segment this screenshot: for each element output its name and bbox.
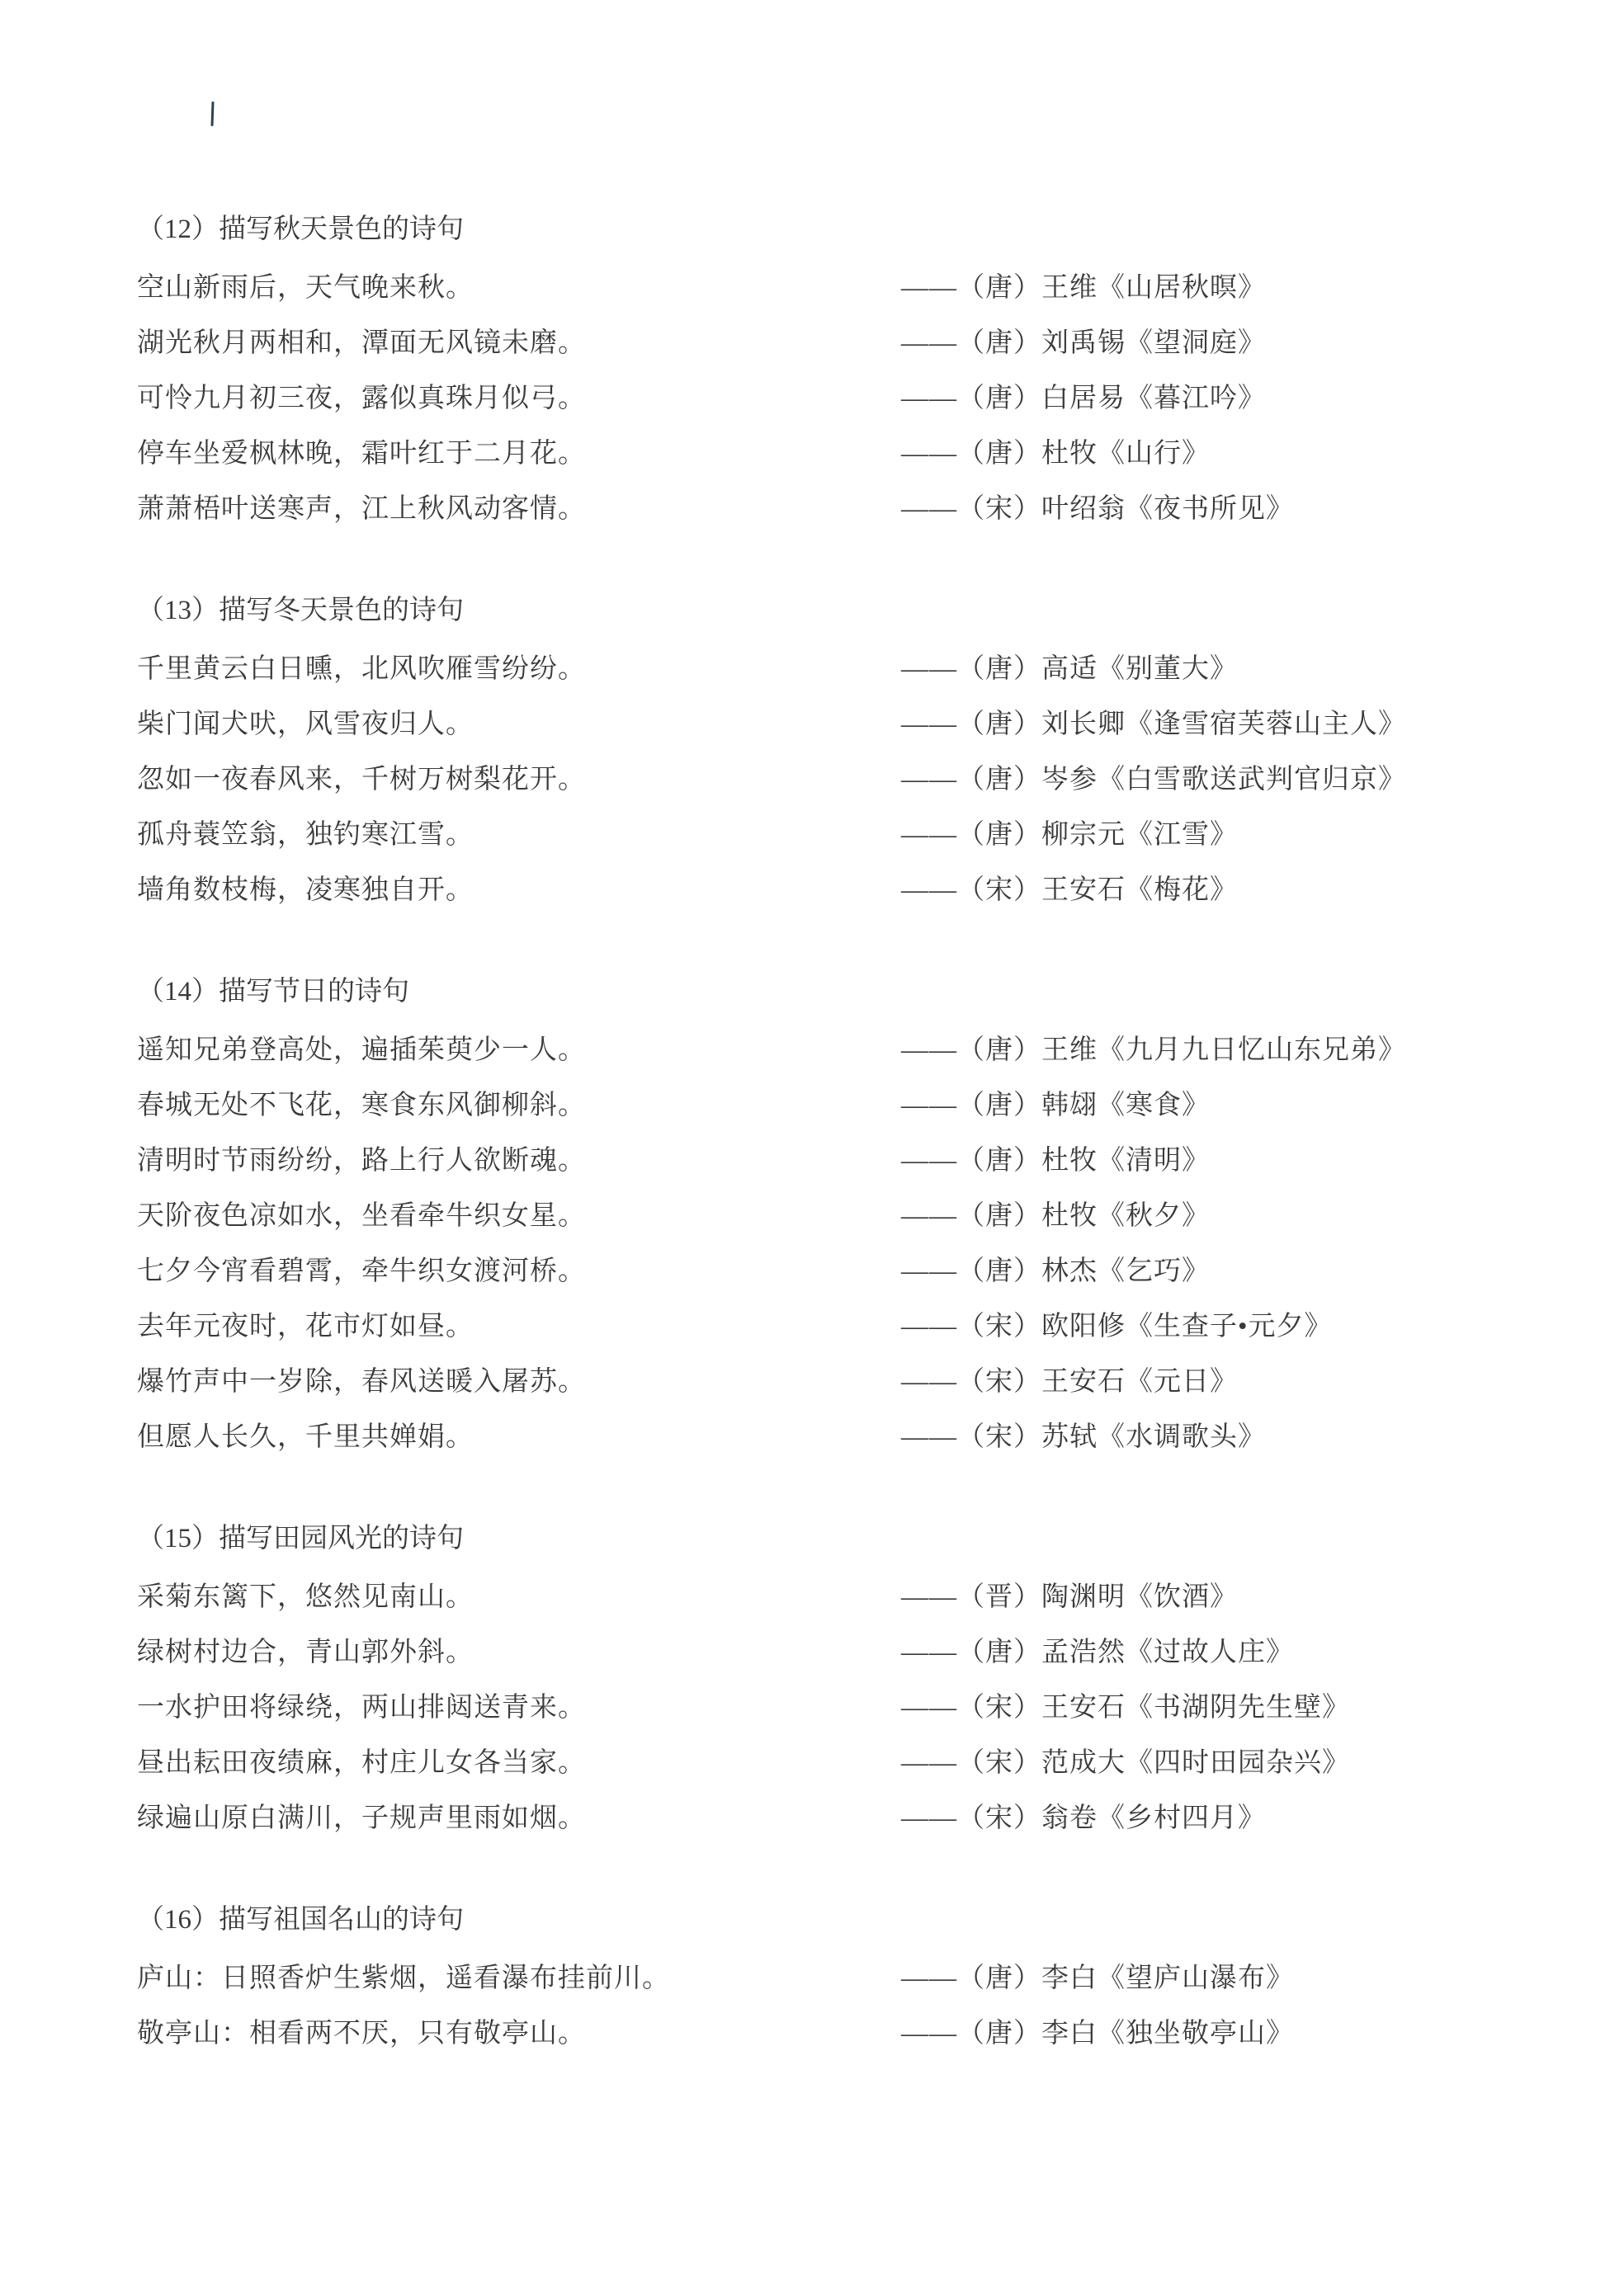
poem-row: 爆竹声中一岁除，春风送暖入屠苏。 ——（宋）王安石《元日》 — [137, 1351, 1574, 1407]
poem-row: 清明时节雨纷纷，路上行人欲断魂。 ——（唐）杜牧《清明》 — [137, 1130, 1574, 1186]
poem-source: ——（宋）范成大《四时田园杂兴》 — [901, 1741, 1574, 1780]
poem-text: 柴门闻犬吠，风雪夜归人。 — [137, 702, 901, 741]
poem-row: 采菊东篱下，悠然见南山。 ——（晋）陶渊明《饮酒》 — [137, 1567, 1574, 1622]
poem-row: 孤舟蓑笠翁，独钓寒江雪。 ——（唐）柳宗元《江雪》 — [137, 804, 1574, 860]
poem-text: 空山新雨后，天气晚来秋。 — [137, 266, 901, 304]
poem-text: 绿遍山原白满川，子规声里雨如烟。 — [137, 1796, 901, 1835]
poem-row: 可怜九月初三夜，露似真珠月似弓。 ——（唐）白居易《暮江吟》 — [137, 368, 1574, 423]
poem-text: 去年元夜时，花市灯如昼。 — [137, 1304, 901, 1343]
poem-row: 但愿人长久，千里共婵娟。 ——（宋）苏轼《水调歌头》 — [137, 1407, 1574, 1462]
poem-row: 湖光秋月两相和，潭面无风镜未磨。 ——（唐）刘禹锡《望洞庭》 — [137, 313, 1574, 368]
poem-source: ——（唐）王维《山居秋暝》 — [901, 266, 1574, 304]
poem-text: 停车坐爱枫林晚，霜叶红于二月花。 — [137, 431, 901, 470]
poetry-list: （12）描写秋天景色的诗句 空山新雨后，天气晚来秋。 ——（唐）王维《山居秋暝》… — [137, 202, 1574, 2058]
poem-row: 空山新雨后，天气晚来秋。 ——（唐）王维《山居秋暝》 — [137, 257, 1574, 313]
poem-text: 千里黄云白日曛，北风吹雁雪纷纷。 — [137, 647, 901, 686]
poem-row: 春城无处不飞花，寒食东风御柳斜。 ——（唐）韩翃《寒食》 — [137, 1075, 1574, 1130]
poem-source: ——（唐）柳宗元《江雪》 — [901, 813, 1574, 851]
poem-row: 庐山：日照香炉生紫烟，遥看瀑布挂前川。 ——（唐）李白《望庐山瀑布》 — [137, 1948, 1574, 2003]
poem-row: 一水护田将绿绕，两山排闼送青来。 ——（宋）王安石《书湖阴先生壁》 — [137, 1677, 1574, 1733]
poem-text: 绿树村边合，青山郭外斜。 — [137, 1630, 901, 1669]
poem-source: ——（宋）王安石《梅花》 — [901, 868, 1574, 907]
section-winter-scenery: （13）描写冬天景色的诗句 千里黄云白日曛，北风吹雁雪纷纷。 ——（唐）高适《别… — [137, 583, 1574, 915]
poem-text: 萧萧梧叶送寒声，江上秋风动客情。 — [137, 487, 901, 526]
poem-source: ——（唐）韩翃《寒食》 — [901, 1083, 1574, 1122]
poem-row: 停车坐爱枫林晚，霜叶红于二月花。 ——（唐）杜牧《山行》 — [137, 423, 1574, 479]
poem-text: 但愿人长久，千里共婵娟。 — [137, 1415, 901, 1454]
poem-text: 庐山：日照香炉生紫烟，遥看瀑布挂前川。 — [137, 1956, 901, 1995]
poem-row: 遥知兄弟登高处，遍插茱萸少一人。 ——（唐）王维《九月九日忆山东兄弟》 — [137, 1020, 1574, 1075]
section-heading: （15）描写田园风光的诗句 — [137, 1511, 1574, 1567]
poem-source: ——（宋）叶绍翁《夜书所见》 — [901, 487, 1574, 526]
poem-text: 湖光秋月两相和，潭面无风镜未磨。 — [137, 321, 901, 360]
poem-source: ——（宋）翁卷《乡村四月》 — [901, 1796, 1574, 1835]
poem-text: 一水护田将绿绕，两山排闼送青来。 — [137, 1685, 901, 1724]
poem-source: ——（唐）杜牧《山行》 — [901, 431, 1574, 470]
poem-text: 天阶夜色凉如水，坐看牵牛织女星。 — [137, 1194, 901, 1233]
section-heading: （16）描写祖国名山的诗句 — [137, 1893, 1574, 1948]
poem-source: ——（宋）王安石《元日》 — [901, 1360, 1574, 1398]
poem-text: 清明时节雨纷纷，路上行人欲断魂。 — [137, 1139, 901, 1177]
poem-text: 忽如一夜春风来，千树万树梨花开。 — [137, 757, 901, 796]
section-heading: （14）描写节日的诗句 — [137, 964, 1574, 1020]
poem-text: 孤舟蓑笠翁，独钓寒江雪。 — [137, 813, 901, 851]
poem-row: 柴门闻犬吠，风雪夜归人。 ——（唐）刘长卿《逢雪宿芙蓉山主人》 — [137, 694, 1574, 749]
poem-source: ——（晋）陶渊明《饮酒》 — [901, 1575, 1574, 1614]
poem-row: 绿树村边合，青山郭外斜。 ——（唐）孟浩然《过故人庄》 — [137, 1622, 1574, 1677]
poem-source: ——（唐）孟浩然《过故人庄》 — [901, 1630, 1574, 1669]
section-famous-mountains: （16）描写祖国名山的诗句 庐山：日照香炉生紫烟，遥看瀑布挂前川。 ——（唐）李… — [137, 1893, 1574, 2058]
poem-source: ——（唐）杜牧《秋夕》 — [901, 1194, 1574, 1233]
poem-source: ——（唐）白居易《暮江吟》 — [901, 376, 1574, 415]
poem-source: ——（唐）林杰《乞巧》 — [901, 1249, 1574, 1288]
poem-row: 天阶夜色凉如水，坐看牵牛织女星。 ——（唐）杜牧《秋夕》 — [137, 1186, 1574, 1241]
poem-row: 墙角数枝梅，凌寒独自开。 ——（宋）王安石《梅花》 — [137, 860, 1574, 915]
poem-row: 敬亭山：相看两不厌，只有敬亭山。 ——（唐）李白《独坐敬亭山》 — [137, 2003, 1574, 2058]
poem-source: ——（唐）李白《独坐敬亭山》 — [901, 2011, 1574, 2050]
poem-row: 绿遍山原白满川，子规声里雨如烟。 ——（宋）翁卷《乡村四月》 — [137, 1788, 1574, 1843]
poem-source: ——（唐）刘长卿《逢雪宿芙蓉山主人》 — [901, 702, 1574, 741]
poem-source: ——（唐）高适《别董大》 — [901, 647, 1574, 686]
poem-text: 墙角数枝梅，凌寒独自开。 — [137, 868, 901, 907]
poem-row: 千里黄云白日曛，北风吹雁雪纷纷。 ——（唐）高适《别董大》 — [137, 639, 1574, 694]
section-heading: （13）描写冬天景色的诗句 — [137, 583, 1574, 639]
poem-text: 敬亭山：相看两不厌，只有敬亭山。 — [137, 2011, 901, 2050]
poem-source: ——（宋）王安石《书湖阴先生壁》 — [901, 1685, 1574, 1724]
poem-text: 可怜九月初三夜，露似真珠月似弓。 — [137, 376, 901, 415]
poem-row: 七夕今宵看碧霄，牵牛织女渡河桥。 ——（唐）林杰《乞巧》 — [137, 1241, 1574, 1296]
section-pastoral-scenery: （15）描写田园风光的诗句 采菊东篱下，悠然见南山。 ——（晋）陶渊明《饮酒》 … — [137, 1511, 1574, 1843]
section-autumn-scenery: （12）描写秋天景色的诗句 空山新雨后，天气晚来秋。 ——（唐）王维《山居秋暝》… — [137, 202, 1574, 534]
poem-text: 七夕今宵看碧霄，牵牛织女渡河桥。 — [137, 1249, 901, 1288]
poem-source: ——（唐）李白《望庐山瀑布》 — [901, 1956, 1574, 1995]
poem-text: 春城无处不飞花，寒食东风御柳斜。 — [137, 1083, 901, 1122]
poem-source: ——（唐）刘禹锡《望洞庭》 — [901, 321, 1574, 360]
poem-text: 遥知兄弟登高处，遍插茱萸少一人。 — [137, 1028, 901, 1067]
stray-ink-mark — [210, 101, 214, 126]
poem-row: 忽如一夜春风来，千树万树梨花开。 ——（唐）岑参《白雪歌送武判官归京》 — [137, 749, 1574, 804]
section-festivals: （14）描写节日的诗句 遥知兄弟登高处，遍插茱萸少一人。 ——（唐）王维《九月九… — [137, 964, 1574, 1462]
poem-text: 采菊东篱下，悠然见南山。 — [137, 1575, 901, 1614]
poem-text: 昼出耘田夜绩麻，村庄儿女各当家。 — [137, 1741, 901, 1780]
poem-source: ——（唐）杜牧《清明》 — [901, 1139, 1574, 1177]
poem-row: 去年元夜时，花市灯如昼。 ——（宋）欧阳修《生查子•元夕》 — [137, 1296, 1574, 1351]
poem-row: 昼出耘田夜绩麻，村庄儿女各当家。 ——（宋）范成大《四时田园杂兴》 — [137, 1733, 1574, 1788]
poem-source: ——（唐）岑参《白雪歌送武判官归京》 — [901, 757, 1574, 796]
poem-source: ——（宋）苏轼《水调歌头》 — [901, 1415, 1574, 1454]
poem-source: ——（宋）欧阳修《生查子•元夕》 — [901, 1304, 1574, 1343]
poem-text: 爆竹声中一岁除，春风送暖入屠苏。 — [137, 1360, 901, 1398]
poem-row: 萧萧梧叶送寒声，江上秋风动客情。 ——（宋）叶绍翁《夜书所见》 — [137, 479, 1574, 534]
document-page: （12）描写秋天景色的诗句 空山新雨后，天气晚来秋。 ——（唐）王维《山居秋暝》… — [0, 0, 1624, 2296]
section-heading: （12）描写秋天景色的诗句 — [137, 202, 1574, 257]
poem-source: ——（唐）王维《九月九日忆山东兄弟》 — [901, 1028, 1574, 1067]
